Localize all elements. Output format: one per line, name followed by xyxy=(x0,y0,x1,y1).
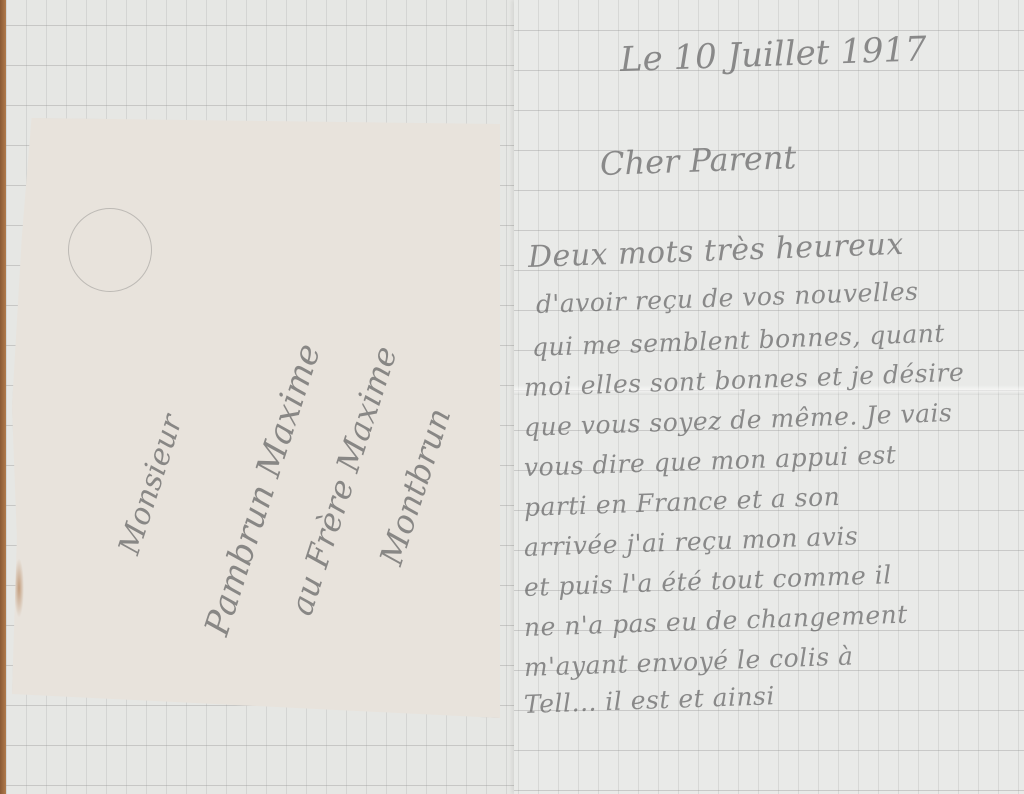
envelope-address-line: Montbrun xyxy=(372,403,458,569)
envelope-address-line: Monsieur xyxy=(112,411,190,559)
postmark-stamp xyxy=(68,208,152,292)
envelope: Monsieur Pambrun Maxime au Frère Maxime … xyxy=(12,118,500,718)
letter-salutation: Cher Parent xyxy=(599,138,797,183)
